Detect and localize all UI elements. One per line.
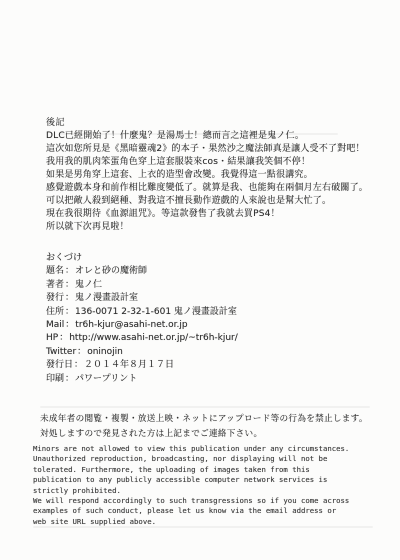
email-text: tr6h-kjur@asahi-net.or.jp — [75, 320, 187, 330]
twitter-handle: oninojin — [87, 347, 123, 357]
colophon-label: Mail — [46, 320, 64, 330]
colophon-separator: ： — [64, 374, 75, 384]
colophon-value: オレと砂の魔術師 — [75, 266, 147, 276]
afterword-line: DLC已經開始了！什麼鬼？是湯馬士！總而言之這裡是鬼ノ仁。 — [46, 130, 376, 143]
afterword-line: 所以就下次再見啦！ — [46, 221, 376, 234]
colophon-entry-mail: Mail：tr6h-kjur@asahi-net.or.jp — [46, 319, 376, 332]
colophon-separator: ： — [58, 333, 69, 343]
colophon-heading: おくづけ — [46, 252, 376, 265]
colophon-separator: ： — [64, 266, 75, 276]
english-warning-line: Unauthorized reproduction, broadcasting,… — [33, 454, 383, 464]
colophon-separator: ： — [64, 307, 75, 317]
colophon-entry-homepage: HP：http://www.asahi-net.or.jp/~tr6h-kjur… — [46, 332, 376, 345]
colophon-label: 住所 — [46, 307, 64, 317]
colophon-label: 著者 — [46, 280, 64, 290]
colophon-value: 鬼ノ漫畫設計室 — [75, 293, 138, 303]
english-warning-line: publication to any publicly accessible c… — [33, 475, 383, 485]
english-warning-line: Minors are not allowed to view this publ… — [33, 444, 383, 454]
colophon-entry-publisher: 發行：鬼ノ漫畫設計室 — [46, 292, 376, 305]
afterword-heading: 後記 — [46, 117, 376, 130]
japanese-warning-section: 未成年者の閲覧・複製・放送上映・ネットにアップロード等の行為を禁止します。 対処… — [40, 412, 380, 441]
url-text: http://www.asahi-net.or.jp/~tr6h-kjur/ — [69, 333, 238, 343]
colophon-value: 136-0071 2-32-1-601 鬼ノ漫畫設計室 — [75, 307, 237, 317]
afterword-line: 可以把敵人殺到絕種、對我這不擅長動作遊戲的人來說也是幫大忙了。 — [46, 195, 376, 208]
english-warning-line: tolerated. Furthermore, the uploading of… — [33, 465, 383, 475]
afterword-section: 後記 DLC已經開始了！什麼鬼？是湯馬士！總而言之這裡是鬼ノ仁。 這次如您所見是… — [46, 117, 376, 234]
colophon-separator: ： — [64, 293, 75, 303]
scan-noise-artifact — [40, 406, 370, 408]
english-warning-section: Minors are not allowed to view this publ… — [33, 444, 383, 527]
colophon-label: HP — [46, 333, 58, 343]
colophon-label: 發行 — [46, 293, 64, 303]
afterword-line: 感覺遊戲本身和前作相比難度變低了。就算是我、也能夠在兩個月左右破關了。 — [46, 182, 376, 195]
english-warning-line: examples of such conduct, please let us … — [33, 506, 383, 516]
afterword-line: 這次如您所見是《黑暗靈魂2》的本子・果然沙之魔法師真是讓人受不了對吧！ — [46, 143, 376, 156]
colophon-entry-printer: 印刷：パワープリント — [46, 373, 376, 386]
afterword-line: 我用我的肌肉笨蛋角色穿上這套服裝來cos・結果讓我笑個不停！ — [46, 156, 376, 169]
colophon-separator: ： — [73, 360, 84, 370]
colophon-separator: ： — [64, 320, 75, 330]
colophon-label: 印刷 — [46, 374, 64, 384]
japanese-warning-line: 対処しますので発見された方は上記までご連絡下さい。 — [40, 427, 380, 442]
colophon-label: 發行日 — [46, 360, 73, 370]
english-warning-line: web site URL supplied above. — [33, 517, 383, 527]
colophon-value: 鬼ノ仁 — [75, 280, 102, 290]
colophon-entry-author: 著者：鬼ノ仁 — [46, 279, 376, 292]
scanned-page: 後記 DLC已經開始了！什麼鬼？是湯馬士！總而言之這裡是鬼ノ仁。 這次如您所見是… — [0, 0, 400, 560]
afterword-line: 如果是男角穿上這套、上衣的造型會改變。我覺得這一點很講究。 — [46, 169, 376, 182]
afterword-line: 現在我很期待《血源詛咒》。等這款發售了我就去買PS4！ — [46, 208, 376, 221]
colophon-entry-title: 題名：オレと砂の魔術師 — [46, 265, 376, 278]
colophon-entry-twitter: Twitter：oninojin — [46, 346, 376, 359]
colophon-section: おくづけ 題名：オレと砂の魔術師 著者：鬼ノ仁 發行：鬼ノ漫畫設計室 住所：13… — [46, 252, 376, 386]
english-warning-line: We will respond accordingly to such tran… — [33, 496, 383, 506]
colophon-entry-date: 發行日：２０１４年８月１７日 — [46, 359, 376, 372]
printer-name: パワープリント — [75, 374, 137, 384]
colophon-separator: ： — [76, 347, 87, 357]
english-warning-line: strictly prohibited. — [33, 486, 383, 496]
japanese-warning-line: 未成年者の閲覧・複製・放送上映・ネットにアップロード等の行為を禁止します。 — [40, 412, 380, 427]
colophon-label: Twitter — [46, 347, 76, 357]
publish-date: ２０１４年８月１７日 — [84, 360, 174, 370]
colophon-separator: ： — [64, 280, 75, 290]
colophon-entry-address: 住所：136-0071 2-32-1-601 鬼ノ漫畫設計室 — [46, 306, 376, 319]
colophon-label: 題名 — [46, 266, 64, 276]
